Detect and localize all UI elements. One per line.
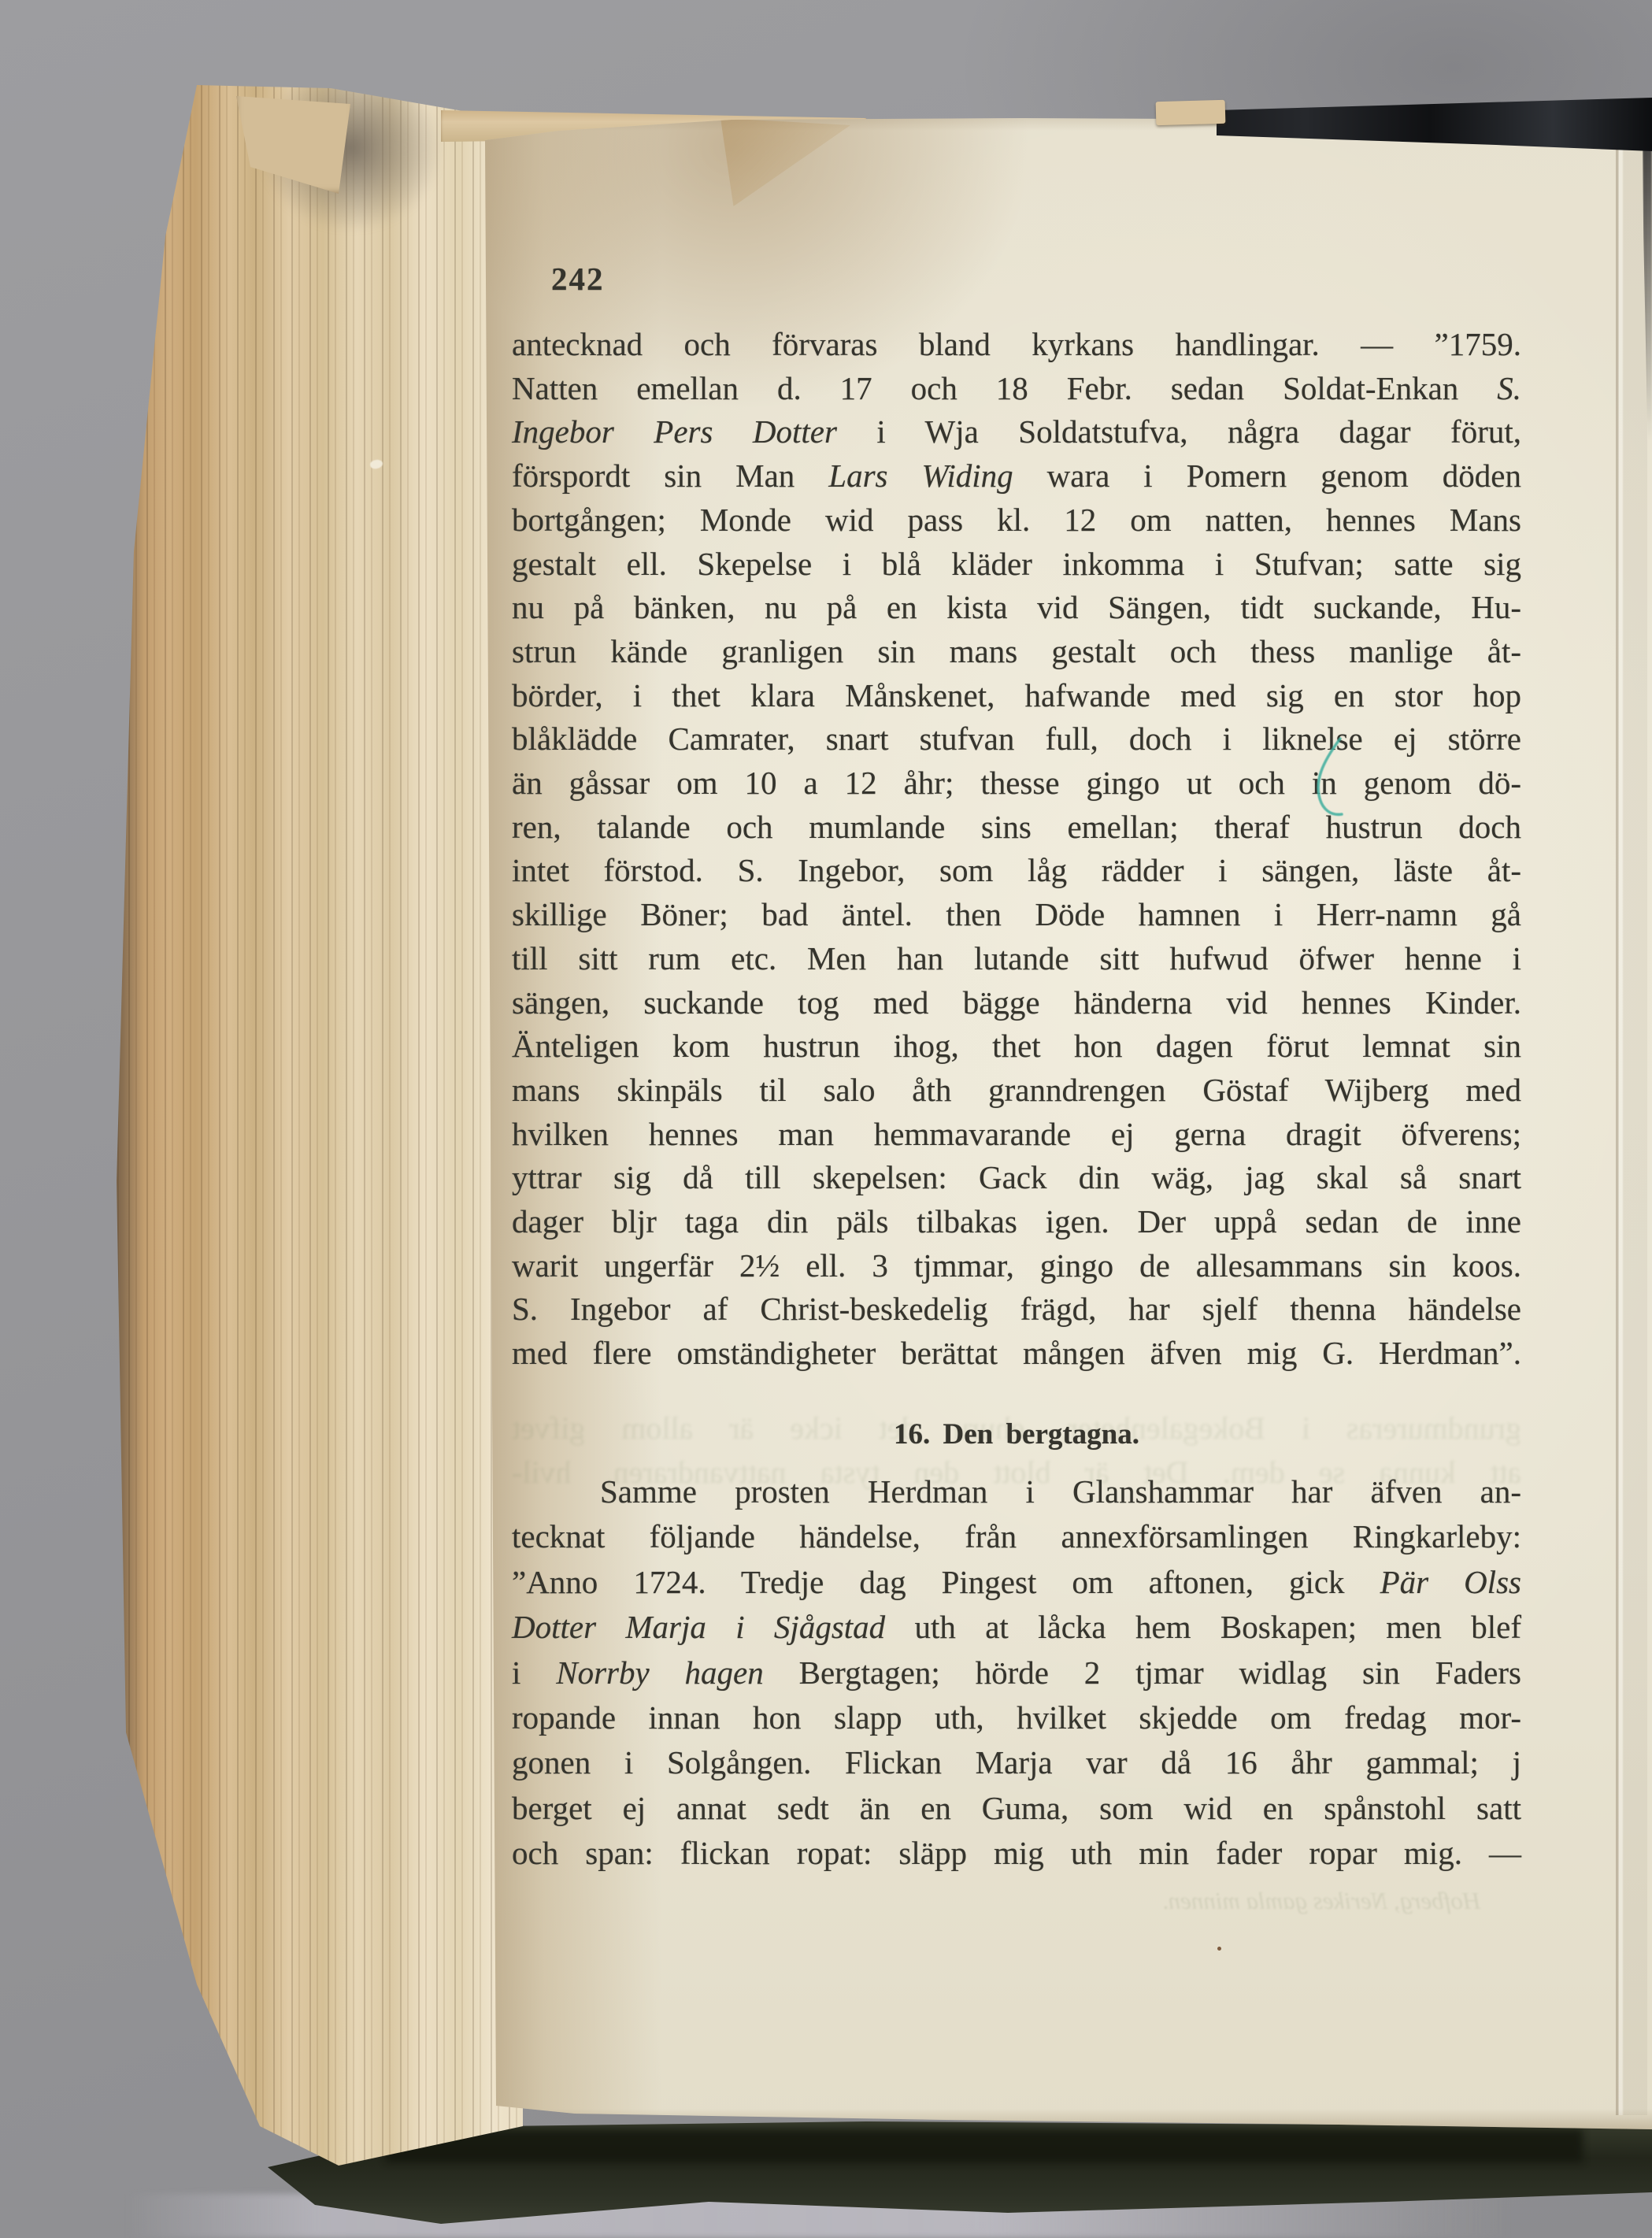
text-line: förspordt sin Man Lars Widing wara i Pom… [512, 454, 1521, 498]
text-line: mans skinpäls til salo åth granndrengen … [512, 1069, 1521, 1113]
text-line: tecknat följande händelse, från annexför… [512, 1514, 1521, 1559]
text-line: ropande innan hon slapp uth, hvilket skj… [512, 1695, 1521, 1740]
text-line: nu på bänken, nu på en kista vid Sängen,… [512, 586, 1521, 630]
text-line: Dotter Marja i Sjågstad uth at låcka hem… [512, 1605, 1521, 1650]
text-line: yttrar sig då till skepelsen: Gack din w… [512, 1156, 1521, 1200]
text-line: Änteligen kom hustrun ihog, thet hon dag… [512, 1025, 1521, 1069]
section-heading: 16. Den bergtagna. [512, 1417, 1521, 1451]
page-right-crease [1616, 131, 1647, 2115]
text-line: med flere omständigheter berättat mången… [512, 1332, 1521, 1376]
text-line: dager bljr taga din päls tilbakas igen. … [512, 1200, 1521, 1244]
text-line: hvilken hennes man hemmavarande ej gerna… [512, 1113, 1521, 1157]
text-line: berget ej annat sedt än en Guma, som wid… [512, 1786, 1521, 1831]
text-line: Samme prosten Herdman i Glanshammar har … [512, 1469, 1521, 1514]
text-line: antecknad och förvaras bland kyrkans han… [512, 323, 1521, 367]
text-line: intet förstod. S. Ingebor, som låg rädde… [512, 849, 1521, 893]
text-line: börder, i thet klara Månskenet, hafwande… [512, 674, 1521, 718]
text-line: bortgången; Monde wid pass kl. 12 om nat… [512, 498, 1521, 543]
paragraph-2: Samme prosten Herdman i Glanshammar har … [512, 1469, 1521, 1877]
text-line: gonen i Solgången. Flickan Marja var då … [512, 1740, 1521, 1785]
text-line: skillige Böner; bad äntel. then Döde ham… [512, 893, 1521, 937]
text-line: och span: flickan ropat: släpp mig uth m… [512, 1831, 1521, 1876]
paragraph-1: antecknad och förvaras bland kyrkans han… [512, 323, 1521, 1376]
text-line: sängen, suckande tog med bägge händerna … [512, 981, 1521, 1025]
book-scan: grundmureras i Bokegalenheter, ehuru det… [0, 0, 1652, 2238]
text-line: gestalt ell. Skepelse i blå kläder inkom… [512, 543, 1521, 587]
page-stack-edge [110, 85, 535, 2205]
text-line: Natten emellan d. 17 och 18 Febr. sedan … [512, 367, 1521, 411]
text-line: till sitt rum etc. Men han lutande sitt … [512, 937, 1521, 981]
text-line: S. Ingebor af Christ-beskedelig frägd, h… [512, 1288, 1521, 1332]
text-line: i Norrby hagen Bergtagen; hörde 2 tjmar … [512, 1651, 1521, 1695]
page-stack-striations [110, 85, 535, 2205]
pen-mark-annotation [1291, 732, 1370, 835]
cover-paper-fragment [1156, 100, 1226, 125]
text-line: Ingebor Pers Dotter i Wja Soldatstufva, … [512, 410, 1521, 454]
text-line: strun kände granligen sin mans gestalt o… [512, 630, 1521, 674]
text-line: ”Anno 1724. Tredje dag Pingest om aftone… [512, 1560, 1521, 1605]
text-line: warit ungerfär 2½ ell. 3 tjmmar, gingo d… [512, 1244, 1521, 1288]
book-bottom-shadow-core [386, 2129, 1583, 2162]
paper-speck [1217, 1947, 1221, 1951]
page-number: 242 [551, 260, 605, 298]
